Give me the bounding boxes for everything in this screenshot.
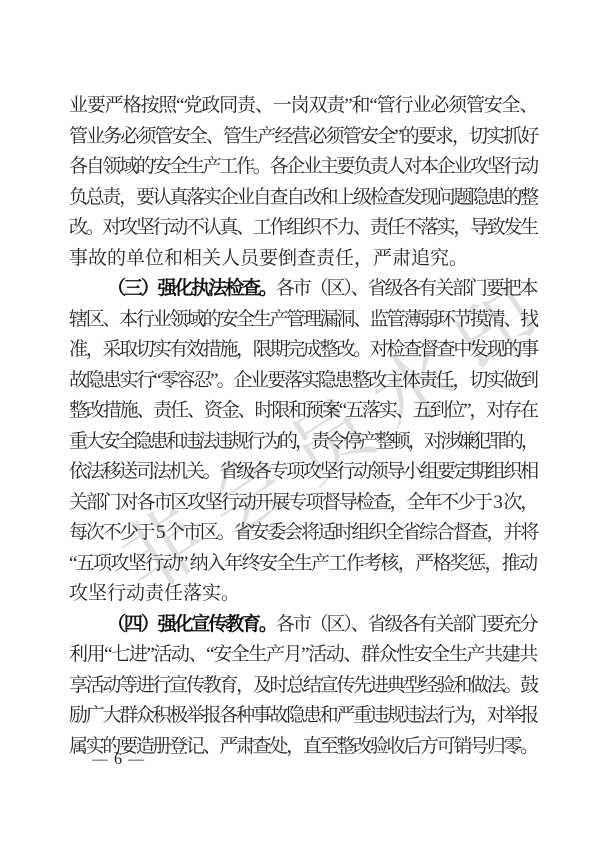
section-heading: （四）强化宣传教育。 — [107, 614, 276, 635]
text-line: 改。对攻坚行动不认真、工作组织不力、责任不落实，导致发生 — [69, 213, 537, 244]
text-line: 攻坚行动责任落实。 — [69, 579, 537, 610]
text-line: 辖区、本行业领域的安全生产管理漏洞、监管薄弱环节摸清、找 — [69, 305, 537, 336]
section-heading: （三）强化执法检查。 — [107, 278, 276, 299]
text-line: 管业务必须管安全、管生产经营必须管安全”的要求，切实抓好 — [69, 122, 537, 153]
text-line: 整改措施、责任、资金、时限和预案“五落实、五到位”，对存在 — [69, 396, 537, 427]
text-line: 事故的单位和相关人员要倒查责任，严肃追究。 — [69, 244, 537, 275]
document-body: 业要严格按照“党政同责、一岗双责”和“管行业必须管安全、管业务必须管安全、管生产… — [69, 91, 537, 762]
text-line: 业要严格按照“党政同责、一岗双责”和“管行业必须管安全、 — [69, 91, 537, 122]
text-line: 重大安全隐患和违法违规行为的，责令停产整顿，对涉嫌犯罪的， — [69, 427, 537, 458]
text-line: 准，采取切实有效措施，限期完成整改。对检查督查中发现的事 — [69, 335, 537, 366]
text-line: （四）强化宣传教育。各市（区）、省级各有关部门要充分 — [69, 610, 537, 641]
text-line: 励广大群众积极举报各种事故隐患和严重违规违法行为，对举报 — [69, 701, 537, 732]
text-line: “五项攻坚行动” 纳入年终安全生产工作考核，严格奖惩，推动 — [69, 549, 537, 580]
text-line: 故隐患实行“零容忍”。企业要落实隐患整改主体责任，切实做到 — [69, 366, 537, 397]
text-line: 利用“七进”活动、“安全生产月”活动、群众性安全生产共建共 — [69, 640, 537, 671]
text-line: 负总责，要认真落实企业自查自改和上级检查发现问题隐患的整 — [69, 183, 537, 214]
text-line: 依法移送司法机关。省级各专项攻坚行动领导小组要定期组织相 — [69, 457, 537, 488]
page-number: — 6 — — [92, 750, 145, 770]
text-line: 关部门对各市区攻坚行动开展专项督导检查，全年不少于 3 次， — [69, 488, 537, 519]
text-line: 享活动等进行宣传教育，及时总结宣传先进典型经验和做法。鼓 — [69, 671, 537, 702]
document-page: 非会员水印 业要严格按照“党政同责、一岗双责”和“管行业必须管安全、管业务必须管… — [0, 0, 600, 848]
text-line: 每次不少于 5 个市区。省安委会将适时组织全省综合督查，并将 — [69, 518, 537, 549]
text-line: 各自领域的安全生产工作。各企业主要负责人对本企业攻坚行动 — [69, 152, 537, 183]
text-line: （三）强化执法检查。各市（区）、省级各有关部门要把本 — [69, 274, 537, 305]
